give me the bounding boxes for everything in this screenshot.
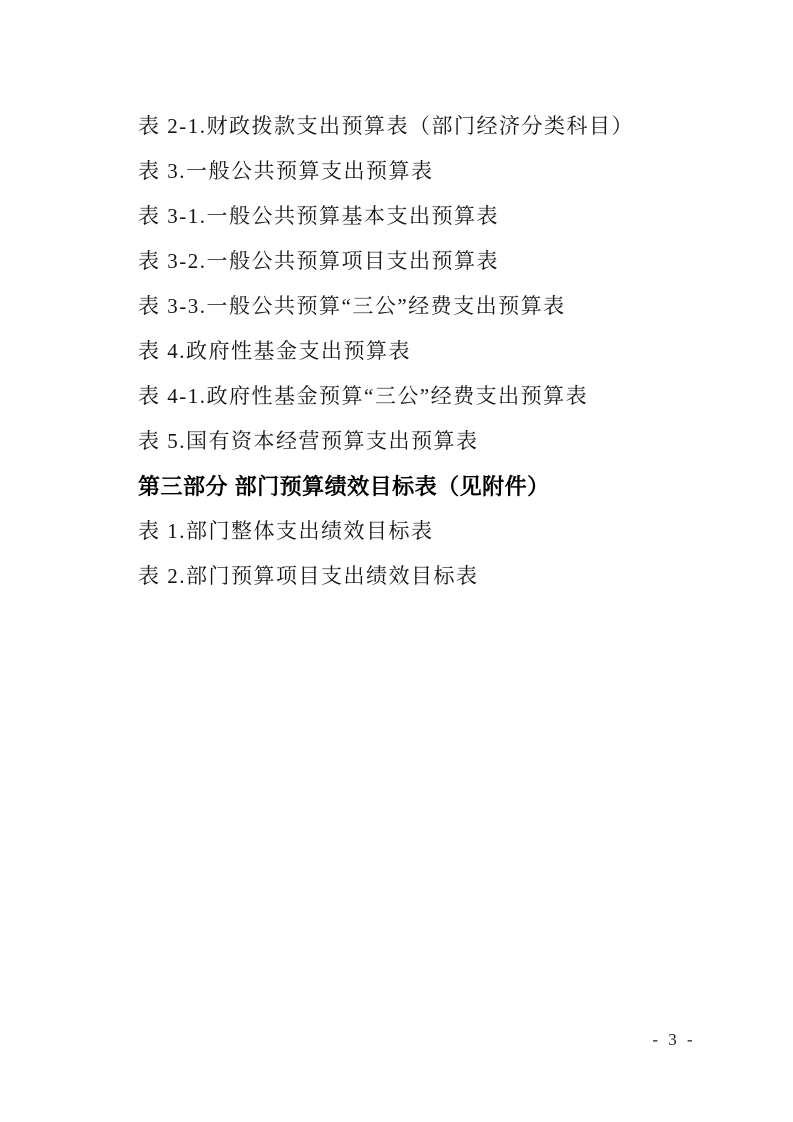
toc-item: 表 1.部门整体支出绩效目标表: [138, 509, 698, 554]
table-of-contents: 表 2-1.财政拨款支出预算表（部门经济分类科目） 表 3.一般公共预算支出预算…: [138, 104, 698, 599]
page-number: - 3 -: [638, 1030, 710, 1050]
toc-item: 表 3-1.一般公共预算基本支出预算表: [138, 194, 698, 239]
document-page: 表 2-1.财政拨款支出预算表（部门经济分类科目） 表 3.一般公共预算支出预算…: [0, 0, 793, 1122]
toc-item: 表 2-1.财政拨款支出预算表（部门经济分类科目）: [138, 104, 698, 149]
toc-item: 表 5.国有资本经营预算支出预算表: [138, 419, 698, 464]
toc-item: 表 3-2.一般公共预算项目支出预算表: [138, 239, 698, 284]
toc-item: 表 2.部门预算项目支出绩效目标表: [138, 554, 698, 599]
toc-item: 表 3-3.一般公共预算“三公”经费支出预算表: [138, 284, 698, 329]
section-heading: 第三部分 部门预算绩效目标表（见附件）: [138, 464, 698, 509]
toc-item: 表 3.一般公共预算支出预算表: [138, 149, 698, 194]
toc-item: 表 4.政府性基金支出预算表: [138, 329, 698, 374]
toc-item: 表 4-1.政府性基金预算“三公”经费支出预算表: [138, 374, 698, 419]
